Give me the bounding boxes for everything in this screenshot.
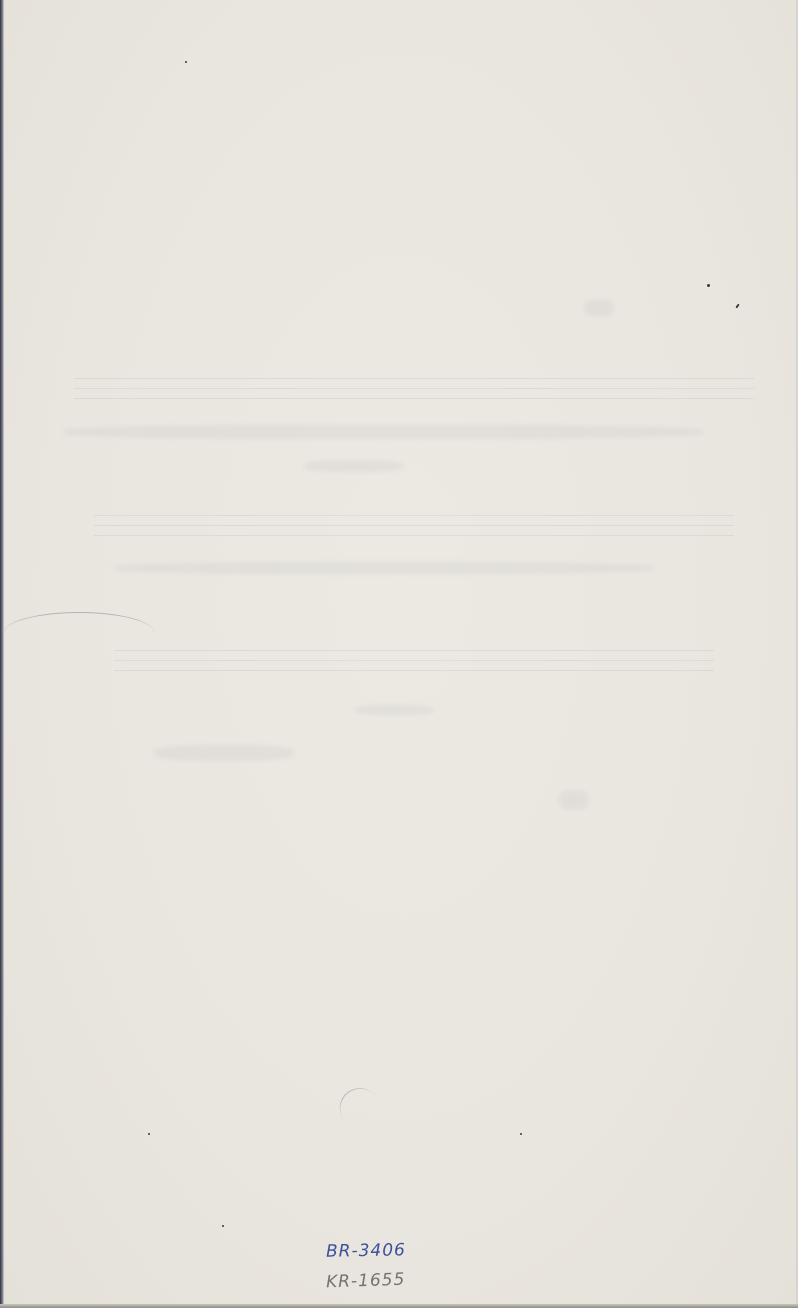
speck [222, 1225, 224, 1227]
scan-left-edge [0, 0, 4, 1308]
catalog-marks: BR-3406 KR-1655 [326, 1236, 406, 1296]
bleed-through-area [4, 0, 798, 1304]
paper-crease [332, 1080, 389, 1137]
speck [520, 1133, 522, 1135]
catalog-number-primary: BR-3406 [326, 1235, 406, 1266]
speck [185, 61, 187, 63]
scan-bottom-edge [0, 1304, 798, 1308]
paper-crease [4, 612, 154, 653]
paper-sheet: BR-3406 KR-1655 [4, 0, 798, 1304]
speck [735, 303, 740, 308]
catalog-number-secondary: KR-1655 [326, 1265, 407, 1298]
document-scan: BR-3406 KR-1655 [0, 0, 798, 1308]
speck [707, 284, 710, 287]
speck [148, 1133, 150, 1135]
